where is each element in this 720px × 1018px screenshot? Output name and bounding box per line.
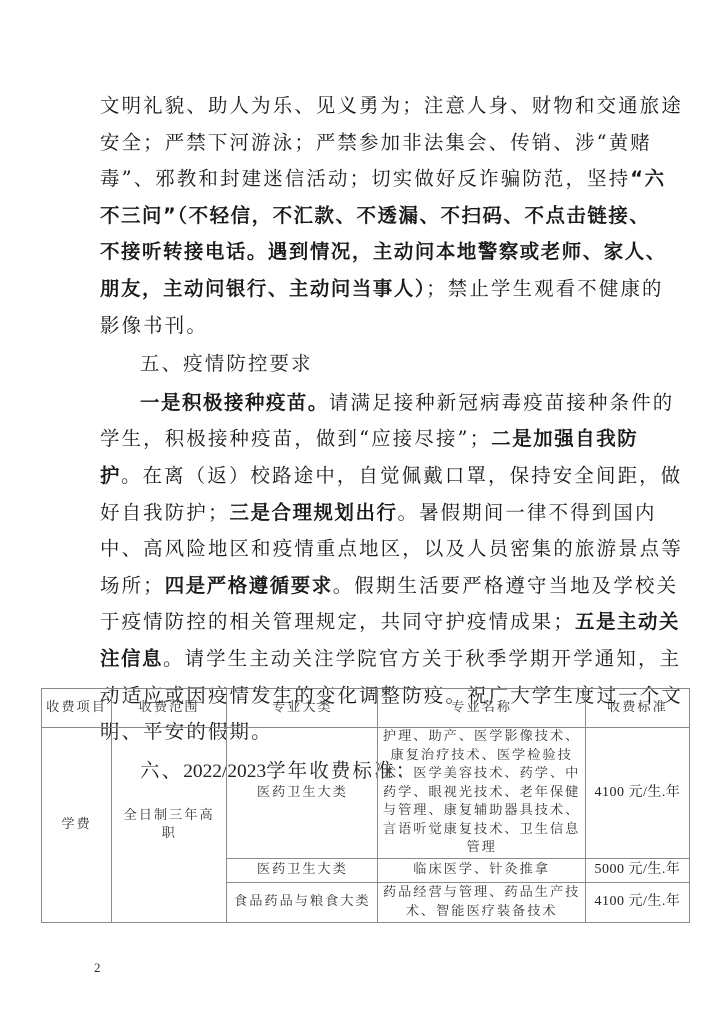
cell-fee-scope: 全日制三年高职: [112, 728, 227, 923]
text-run: 毒”、邪教和封建迷信活动；切实做好反诈骗防范，坚持: [100, 167, 630, 190]
text-run: 。假期生活要严格遵守当地及学校关: [333, 574, 678, 597]
text-line: 一是积极接种疫苗。请满足接种新冠病毒疫苗接种条件的: [100, 385, 630, 422]
bold-run: 三是合理规划出行: [230, 501, 398, 524]
paragraph-safety: 文明礼貌、助人为乐、见义勇为；注意人身、财物和交通旅途 安全；严禁下河游泳；严禁…: [100, 88, 630, 344]
bold-run: 朋友，主动问银行、主动问当事人）: [100, 277, 426, 300]
body-text: 文明礼貌、助人为乐、见义勇为；注意人身、财物和交通旅途 安全；严禁下河游泳；严禁…: [100, 88, 630, 789]
text-line: 护。在离（返）校路途中，自觉佩戴口罩，保持安全间距，做: [100, 458, 630, 495]
text-run: 好自我防护；: [100, 501, 230, 524]
text-run: 学生，积极接种疫苗，做到“应接尽接”；: [100, 427, 491, 450]
cell-majors: 护理、助产、医学影像技术、康复治疗技术、医学检验技术、医学美容技术、药学、中药学…: [378, 728, 585, 859]
table-row: 学费 全日制三年高职 医药卫生大类 护理、助产、医学影像技术、康复治疗技术、医学…: [42, 728, 690, 859]
text-line: 朋友，主动问银行、主动问当事人）；禁止学生观看不健康的: [100, 271, 630, 308]
cell-fee-item: 学费: [42, 728, 112, 923]
text-line-bold: 不三问”（不轻信，不汇款、不透漏、不扫码、不点击链接、: [100, 198, 630, 235]
text-run: 。暑假期间一律不得到国内: [397, 501, 656, 524]
text-line: 注信息。请学生主动关注学院官方关于秋季学期开学通知，主: [100, 641, 630, 678]
text-run: 请满足接种新冠病毒疫苗接种条件的: [329, 391, 674, 414]
bold-run: 四是严格遵循要求: [165, 574, 333, 597]
text-line: 学生，积极接种疫苗，做到“应接尽接”；二是加强自我防: [100, 421, 630, 458]
text-line: 好自我防护；三是合理规划出行。暑假期间一律不得到国内: [100, 495, 630, 532]
page-number: 2: [94, 960, 101, 976]
cell-category: 医药卫生大类: [227, 859, 378, 883]
text-run: 场所；: [100, 574, 165, 597]
bold-run: 五是主动关: [575, 610, 680, 633]
cell-fee-standard: 4100 元/生.年: [585, 728, 689, 859]
section-heading-epidemic: 五、疫情防控要求: [100, 346, 630, 383]
cell-majors: 药品经营与管理、药品生产技术、智能医疗装备技术: [378, 883, 585, 923]
header-fee-item: 收费项目: [42, 689, 112, 728]
text-run: ；禁止学生观看不健康的: [426, 277, 664, 300]
bold-run: 二是加强自我防: [491, 427, 638, 450]
cell-majors: 临床医学、针灸推拿: [378, 859, 585, 883]
header-category: 专业大类: [227, 689, 378, 728]
document-page: 文明礼貌、助人为乐、见义勇为；注意人身、财物和交通旅途 安全；严禁下河游泳；严禁…: [0, 0, 720, 1018]
cell-fee-standard: 5000 元/生.年: [585, 859, 689, 883]
text-run: 。请学生主动关注学院官方关于秋季学期开学通知，主: [163, 647, 681, 670]
bold-run: “六: [630, 167, 665, 190]
text-line-bold: 不接听转接电话。遇到情况，主动问本地警察或老师、家人、: [100, 234, 630, 271]
text-line: 场所；四是严格遵循要求。假期生活要严格遵守当地及学校关: [100, 568, 630, 605]
text-line: 中、高风险地区和疫情重点地区，以及人员密集的旅游景点等: [100, 531, 630, 568]
text-line: 文明礼貌、助人为乐、见义勇为；注意人身、财物和交通旅途: [100, 88, 630, 125]
table-header-row: 收费项目 收费范围 专业大类 专业名称 收费标准: [42, 689, 690, 728]
bold-run: 护: [100, 464, 121, 487]
text-line: 影像书刊。: [100, 308, 630, 345]
text-line: 安全；严禁下河游泳；严禁参加非法集会、传销、涉“黄赌: [100, 125, 630, 162]
fee-table: 收费项目 收费范围 专业大类 专业名称 收费标准 学费 全日制三年高职 医药卫生…: [41, 688, 690, 923]
header-majors: 专业名称: [378, 689, 585, 728]
cell-fee-standard: 4100 元/生.年: [585, 883, 689, 923]
text-run: 于疫情防控的相关管理规定，共同守护疫情成果；: [100, 610, 575, 633]
bold-run: 一是积极接种疫苗。: [140, 391, 329, 414]
text-run: 。在离（返）校路途中，自觉佩戴口罩，保持安全间距，做: [121, 464, 682, 487]
text-line: 于疫情防控的相关管理规定，共同守护疫情成果；五是主动关: [100, 604, 630, 641]
cell-category: 医药卫生大类: [227, 728, 378, 859]
cell-category: 食品药品与粮食大类: [227, 883, 378, 923]
header-fee-standard: 收费标准: [585, 689, 689, 728]
header-fee-scope: 收费范围: [112, 689, 227, 728]
bold-run: 注信息: [100, 647, 163, 670]
text-line: 毒”、邪教和封建迷信活动；切实做好反诈骗防范，坚持“六: [100, 161, 630, 198]
